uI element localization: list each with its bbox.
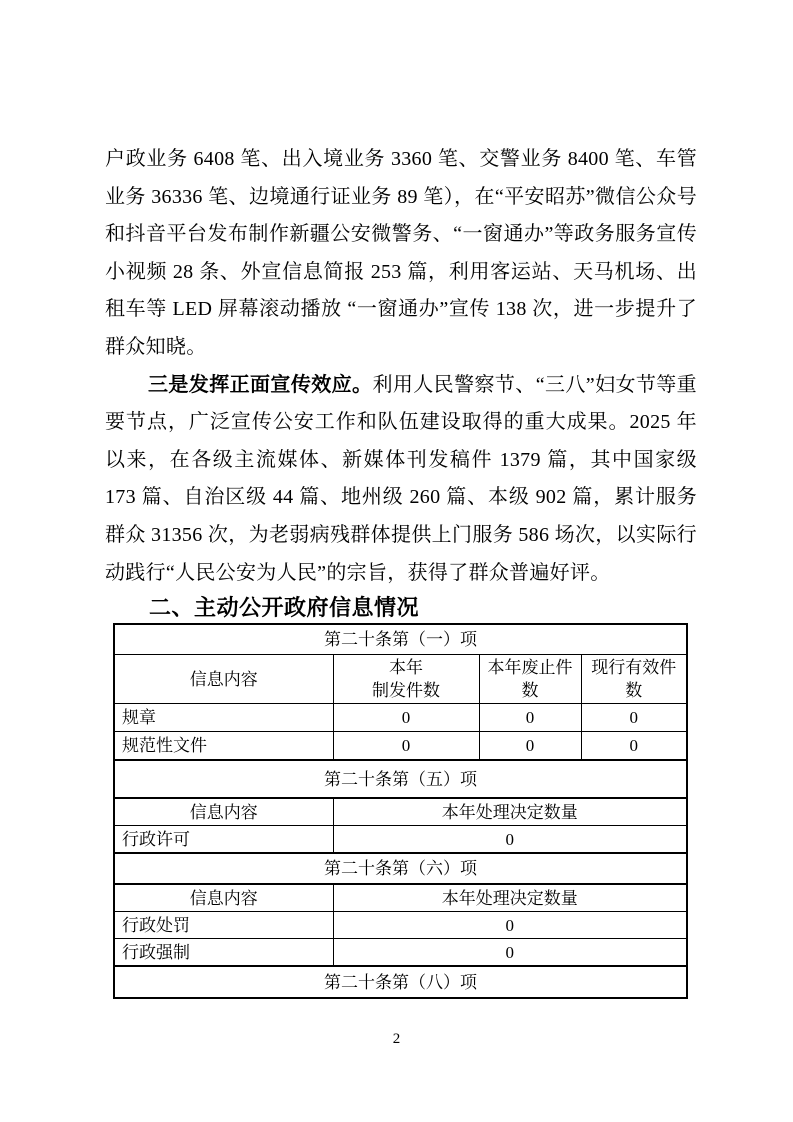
column-header: 本年处理决定数量 xyxy=(333,884,687,912)
row-label: 规范性文件 xyxy=(114,732,333,761)
cell-value: 0 xyxy=(479,732,581,761)
row-label: 行政许可 xyxy=(114,826,333,854)
cell-value: 0 xyxy=(333,826,687,854)
table-row: 规章 0 0 0 xyxy=(114,704,687,732)
cell-value: 0 xyxy=(333,912,687,939)
cell-value: 0 xyxy=(333,939,687,967)
paragraph-continuation: 户政业务 6408 笔、出入境业务 3360 笔、交警业务 8400 笔、车管业… xyxy=(105,141,697,367)
section-heading: 二、主动公开政府信息情况 xyxy=(105,594,741,622)
cell-value: 0 xyxy=(333,732,479,761)
table-row: 行政强制 0 xyxy=(114,939,687,967)
section-title-cell: 第二十条第（五）项 xyxy=(114,760,687,798)
column-header: 信息内容 xyxy=(114,655,333,704)
section-title-cell: 第二十条第（六）项 xyxy=(114,853,687,884)
column-header: 本年废止件 数 xyxy=(479,655,581,704)
table-row: 第二十条第（五）项 xyxy=(114,760,687,798)
row-label: 行政处罚 xyxy=(114,912,333,939)
paragraph-lead-bold: 三是发挥正面宣传效应。 xyxy=(148,374,372,396)
table-row: 第二十条第（六）项 xyxy=(114,853,687,884)
table-row: 信息内容 本年处理决定数量 xyxy=(114,798,687,826)
column-header: 本年处理决定数量 xyxy=(333,798,687,826)
table-row: 行政许可 0 xyxy=(114,826,687,854)
body-text: 户政业务 6408 笔、出入境业务 3360 笔、交警业务 8400 笔、车管业… xyxy=(105,141,697,592)
column-header: 信息内容 xyxy=(114,798,333,826)
cell-value: 0 xyxy=(581,704,687,732)
paragraph-text: 利用人民警察节、“三八”妇女节等重要节点，广泛宣传公安工作和队伍建设取得的重大成… xyxy=(105,374,697,584)
table-row: 第二十条第（八）项 xyxy=(114,966,687,998)
column-header: 现行有效件数 xyxy=(581,655,687,704)
page-number: 2 xyxy=(0,1031,793,1048)
table-row: 信息内容 本年处理决定数量 xyxy=(114,884,687,912)
column-header: 信息内容 xyxy=(114,884,333,912)
cell-value: 0 xyxy=(333,704,479,732)
section-title-cell: 第二十条第（一）项 xyxy=(114,624,687,655)
document-page: 户政业务 6408 笔、出入境业务 3360 笔、交警业务 8400 笔、车管业… xyxy=(0,0,793,1122)
column-header: 本年 制发件数 xyxy=(333,655,479,704)
paragraph-text: 户政业务 6408 笔、出入境业务 3360 笔、交警业务 8400 笔、车管业… xyxy=(105,148,697,358)
cell-value: 0 xyxy=(479,704,581,732)
paragraph-third-point: 三是发挥正面宣传效应。利用人民警察节、“三八”妇女节等重要节点，广泛宣传公安工作… xyxy=(105,367,697,593)
row-label: 规章 xyxy=(114,704,333,732)
table-row: 第二十条第（一）项 xyxy=(114,624,687,655)
table-row: 规范性文件 0 0 0 xyxy=(114,732,687,761)
table-row: 信息内容 本年 制发件数 本年废止件 数 现行有效件数 xyxy=(114,655,687,704)
row-label: 行政强制 xyxy=(114,939,333,967)
section-title-cell: 第二十条第（八）项 xyxy=(114,966,687,998)
table-row: 行政处罚 0 xyxy=(114,912,687,939)
info-disclosure-table: 第二十条第（一）项 信息内容 本年 制发件数 本年废止件 数 现行有效件数 规章… xyxy=(113,623,688,999)
cell-value: 0 xyxy=(581,732,687,761)
